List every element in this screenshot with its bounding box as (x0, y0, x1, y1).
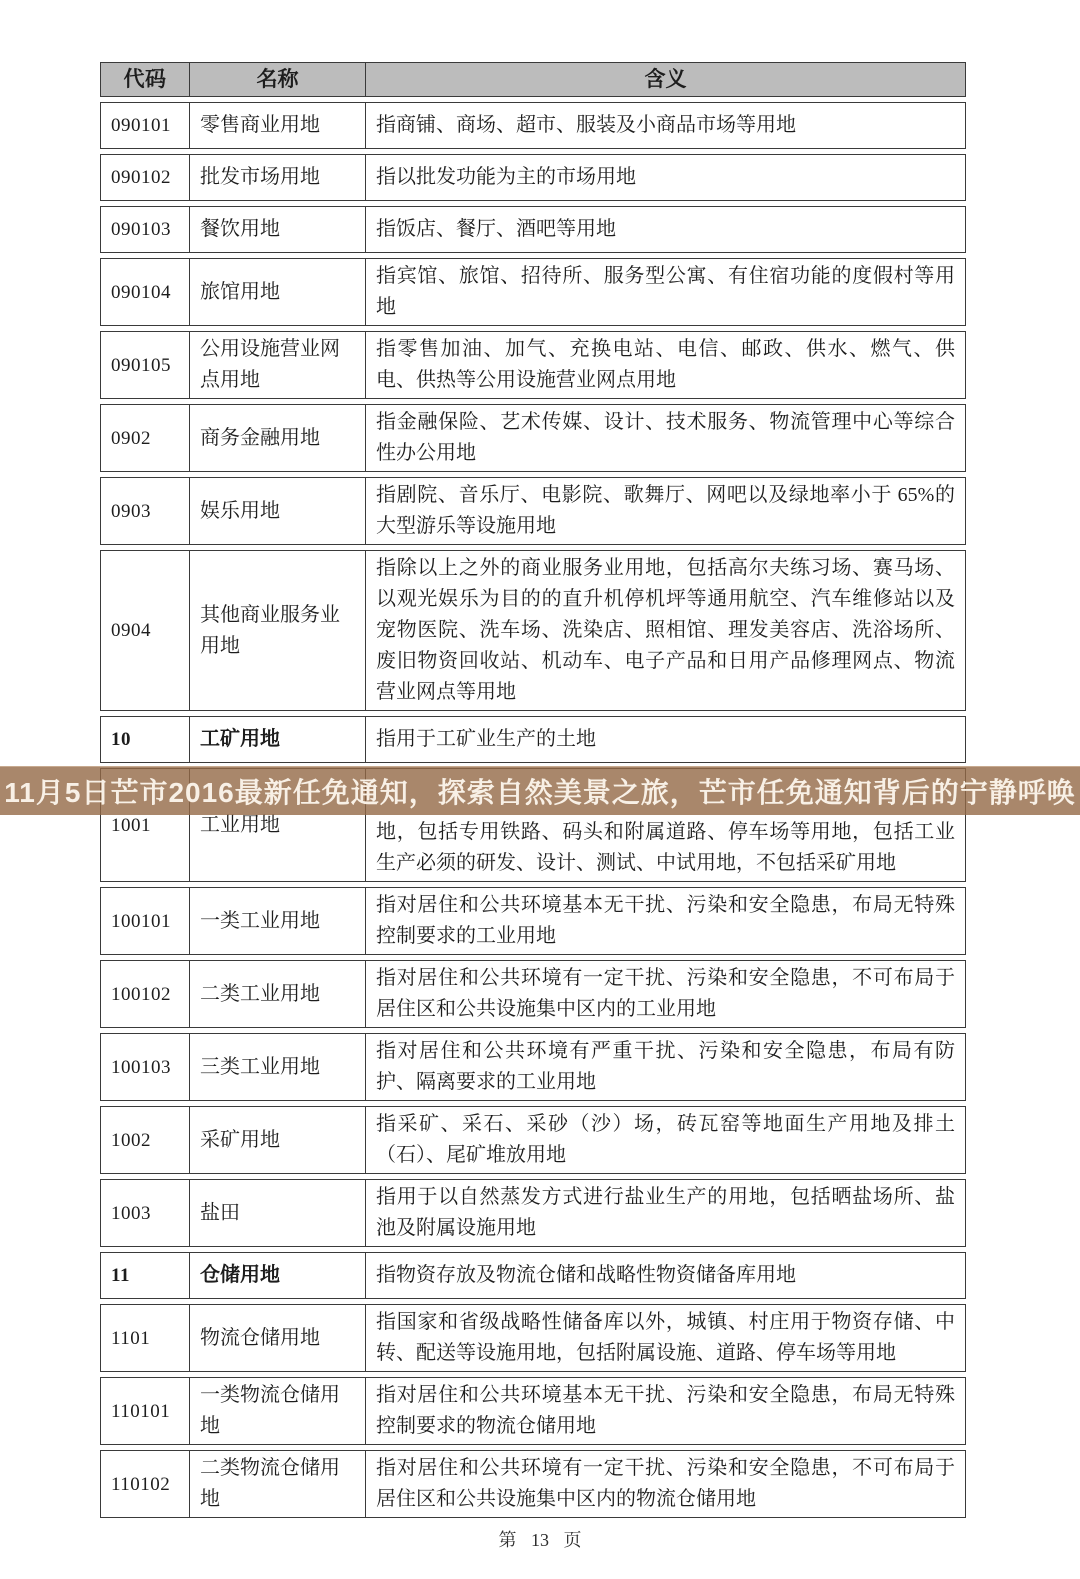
cell-meaning-text: 指商铺、商场、超市、服装及小商品市场等用地 (376, 110, 955, 141)
cell-name: 一类物流仓储用地 (189, 1378, 365, 1444)
cell-code: 11 (101, 1253, 189, 1298)
cell-code: 090103 (101, 207, 189, 252)
cell-name: 批发市场用地 (189, 155, 365, 200)
cell-code: 100103 (101, 1034, 189, 1100)
cell-name: 其他商业服务业用地 (189, 551, 365, 710)
cell-name: 餐饮用地 (189, 207, 365, 252)
cell-meaning-text: 指零售加油、加气、充换电站、电信、邮政、供水、燃气、供电、供热等公用设施营业网点… (376, 334, 955, 396)
cell-meaning: 指剧院、音乐厅、电影院、歌舞厅、网吧以及绿地率小于 65%的大型游乐等设施用地 (365, 478, 965, 544)
table-row: 10 工矿用地 指用于工矿业生产的土地 (100, 716, 966, 763)
table-header-row: 代码 名称 含义 (100, 62, 966, 97)
cell-meaning-text: 指以批发功能为主的市场用地 (376, 162, 955, 193)
table-row: 100103 三类工业用地 指对居住和公共环境有严重干扰、污染和安全隐患，布局有… (100, 1033, 966, 1101)
cell-meaning: 指对居住和公共环境基本无干扰、污染和安全隐患，布局无特殊控制要求的工业用地 (365, 888, 965, 954)
table-row: 090102 批发市场用地 指以批发功能为主的市场用地 (100, 154, 966, 201)
table-row: 1101 物流仓储用地 指国家和省级战略性储备库以外，城镇、村庄用于物资存储、中… (100, 1304, 966, 1372)
cell-code: 1101 (101, 1305, 189, 1371)
cell-name: 盐田 (189, 1180, 365, 1246)
cell-meaning: 指对居住和公共环境有严重干扰、污染和安全隐患，布局有防护、隔离要求的工业用地 (365, 1034, 965, 1100)
cell-meaning-text: 指对居住和公共环境基本无干扰、污染和安全隐患，布局无特殊控制要求的物流仓储用地 (376, 1380, 955, 1442)
promo-banner-overlay[interactable]: 11月5日芒市2016最新任免通知，探索自然美景之旅，芒市任免通知背后的宁静呼唤 (0, 766, 1080, 815)
cell-meaning-text: 指物资存放及物流仓储和战略性物资储备库用地 (376, 1260, 955, 1291)
cell-code: 100101 (101, 888, 189, 954)
table-row: 1002 采矿用地 指采矿、采石、采砂（沙）场，砖瓦窑等地面生产用地及排土（石）… (100, 1106, 966, 1174)
promo-banner-text[interactable]: 11月5日芒市2016最新任免通知，探索自然美景之旅，芒市任免通知背后的宁静呼唤 (4, 771, 1075, 811)
cell-name: 物流仓储用地 (189, 1305, 365, 1371)
cell-meaning: 指国家和省级战略性储备库以外，城镇、村庄用于物资存储、中转、配送等设施用地，包括… (365, 1305, 965, 1371)
cell-name: 旅馆用地 (189, 259, 365, 325)
cell-meaning-text: 指饭店、餐厅、酒吧等用地 (376, 214, 955, 245)
cell-name: 商务金融用地 (189, 405, 365, 471)
cell-code: 1003 (101, 1180, 189, 1246)
cell-name: 二类工业用地 (189, 961, 365, 1027)
column-header-code: 代码 (101, 63, 189, 96)
table-row: 110101 一类物流仓储用地 指对居住和公共环境基本无干扰、污染和安全隐患，布… (100, 1377, 966, 1445)
cell-meaning: 指对居住和公共环境有一定干扰、污染和安全隐患，不可布局于居住区和公共设施集中区内… (365, 1451, 965, 1517)
cell-meaning: 指对居住和公共环境基本无干扰、污染和安全隐患，布局无特殊控制要求的物流仓储用地 (365, 1378, 965, 1444)
cell-name: 三类工业用地 (189, 1034, 365, 1100)
cell-meaning: 指零售加油、加气、充换电站、电信、邮政、供水、燃气、供电、供热等公用设施营业网点… (365, 332, 965, 398)
cell-code: 0904 (101, 551, 189, 710)
cell-name: 采矿用地 (189, 1107, 365, 1173)
table-row: 0903 娱乐用地 指剧院、音乐厅、电影院、歌舞厅、网吧以及绿地率小于 65%的… (100, 477, 966, 545)
cell-meaning: 指商铺、商场、超市、服装及小商品市场等用地 (365, 103, 965, 148)
table-row: 090104 旅馆用地 指宾馆、旅馆、招待所、服务型公寓、有住宿功能的度假村等用… (100, 258, 966, 326)
cell-meaning: 指饭店、餐厅、酒吧等用地 (365, 207, 965, 252)
table-row: 0904 其他商业服务业用地 指除以上之外的商业服务业用地，包括高尔夫练习场、赛… (100, 550, 966, 711)
cell-meaning-text: 指国家和省级战略性储备库以外，城镇、村庄用于物资存储、中转、配送等设施用地，包括… (376, 1307, 955, 1369)
table-row: 090105 公用设施营业网点用地 指零售加油、加气、充换电站、电信、邮政、供水… (100, 331, 966, 399)
table-row: 110102 二类物流仓储用地 指对居住和公共环境有一定干扰、污染和安全隐患，不… (100, 1450, 966, 1518)
cell-meaning-text: 指对居住和公共环境有一定干扰、污染和安全隐患，不可布局于居住区和公共设施集中区内… (376, 963, 955, 1025)
page-number: 第 13 页 (0, 1526, 1080, 1552)
cell-meaning: 指用于以自然蒸发方式进行盐业生产的用地，包括晒盐场所、盐池及附属设施用地 (365, 1180, 965, 1246)
column-header-meaning: 含义 (365, 63, 965, 96)
cell-meaning: 指宾馆、旅馆、招待所、服务型公寓、有住宿功能的度假村等用地 (365, 259, 965, 325)
cell-meaning-text: 指用于工矿业生产的土地 (376, 724, 955, 755)
cell-meaning-text: 指对居住和公共环境有一定干扰、污染和安全隐患，不可布局于居住区和公共设施集中区内… (376, 1453, 955, 1515)
cell-name: 零售商业用地 (189, 103, 365, 148)
column-header-name: 名称 (189, 63, 365, 96)
cell-meaning-text: 指采矿、采石、采砂（沙）场，砖瓦窑等地面生产用地及排土（石）、尾矿堆放用地 (376, 1109, 955, 1171)
cell-code: 100102 (101, 961, 189, 1027)
table-row: 100102 二类工业用地 指对居住和公共环境有一定干扰、污染和安全隐患，不可布… (100, 960, 966, 1028)
cell-meaning-text: 指对居住和公共环境有严重干扰、污染和安全隐患，布局有防护、隔离要求的工业用地 (376, 1036, 955, 1098)
cell-meaning: 指以批发功能为主的市场用地 (365, 155, 965, 200)
cell-code: 090104 (101, 259, 189, 325)
cell-code: 110102 (101, 1451, 189, 1517)
cell-meaning: 指物资存放及物流仓储和战略性物资储备库用地 (365, 1253, 965, 1298)
cell-code: 110101 (101, 1378, 189, 1444)
cell-meaning: 指用于工矿业生产的土地 (365, 717, 965, 762)
cell-code: 0903 (101, 478, 189, 544)
table-row: 11 仓储用地 指物资存放及物流仓储和战略性物资储备库用地 (100, 1252, 966, 1299)
cell-code: 090101 (101, 103, 189, 148)
table-row: 0902 商务金融用地 指金融保险、艺术传媒、设计、技术服务、物流管理中心等综合… (100, 404, 966, 472)
cell-name: 二类物流仓储用地 (189, 1451, 365, 1517)
cell-meaning-text: 指除以上之外的商业服务业用地，包括高尔夫练习场、赛马场、以观光娱乐为目的的直升机… (376, 553, 955, 708)
cell-meaning-text: 指剧院、音乐厅、电影院、歌舞厅、网吧以及绿地率小于 65%的大型游乐等设施用地 (376, 480, 955, 542)
cell-meaning: 指采矿、采石、采砂（沙）场，砖瓦窑等地面生产用地及排土（石）、尾矿堆放用地 (365, 1107, 965, 1173)
cell-meaning-text: 指用于以自然蒸发方式进行盐业生产的用地，包括晒盐场所、盐池及附属设施用地 (376, 1182, 955, 1244)
cell-name: 工矿用地 (189, 717, 365, 762)
table-row: 1003 盐田 指用于以自然蒸发方式进行盐业生产的用地，包括晒盐场所、盐池及附属… (100, 1179, 966, 1247)
cell-code: 090105 (101, 332, 189, 398)
cell-meaning: 指金融保险、艺术传媒、设计、技术服务、物流管理中心等综合性办公用地 (365, 405, 965, 471)
cell-meaning: 指除以上之外的商业服务业用地，包括高尔夫练习场、赛马场、以观光娱乐为目的的直升机… (365, 551, 965, 710)
table-row: 100101 一类工业用地 指对居住和公共环境基本无干扰、污染和安全隐患，布局无… (100, 887, 966, 955)
cell-meaning-text: 指宾馆、旅馆、招待所、服务型公寓、有住宿功能的度假村等用地 (376, 261, 955, 323)
cell-code: 0902 (101, 405, 189, 471)
cell-meaning-text: 指对居住和公共环境基本无干扰、污染和安全隐患，布局无特殊控制要求的工业用地 (376, 890, 955, 952)
cell-code: 090102 (101, 155, 189, 200)
cell-name: 娱乐用地 (189, 478, 365, 544)
cell-meaning-text: 指金融保险、艺术传媒、设计、技术服务、物流管理中心等综合性办公用地 (376, 407, 955, 469)
cell-code: 10 (101, 717, 189, 762)
cell-name: 公用设施营业网点用地 (189, 332, 365, 398)
table-row: 090101 零售商业用地 指商铺、商场、超市、服装及小商品市场等用地 (100, 102, 966, 149)
cell-code: 1002 (101, 1107, 189, 1173)
cell-name: 一类工业用地 (189, 888, 365, 954)
cell-name: 仓储用地 (189, 1253, 365, 1298)
table-row: 090103 餐饮用地 指饭店、餐厅、酒吧等用地 (100, 206, 966, 253)
cell-meaning: 指对居住和公共环境有一定干扰、污染和安全隐患，不可布局于居住区和公共设施集中区内… (365, 961, 965, 1027)
